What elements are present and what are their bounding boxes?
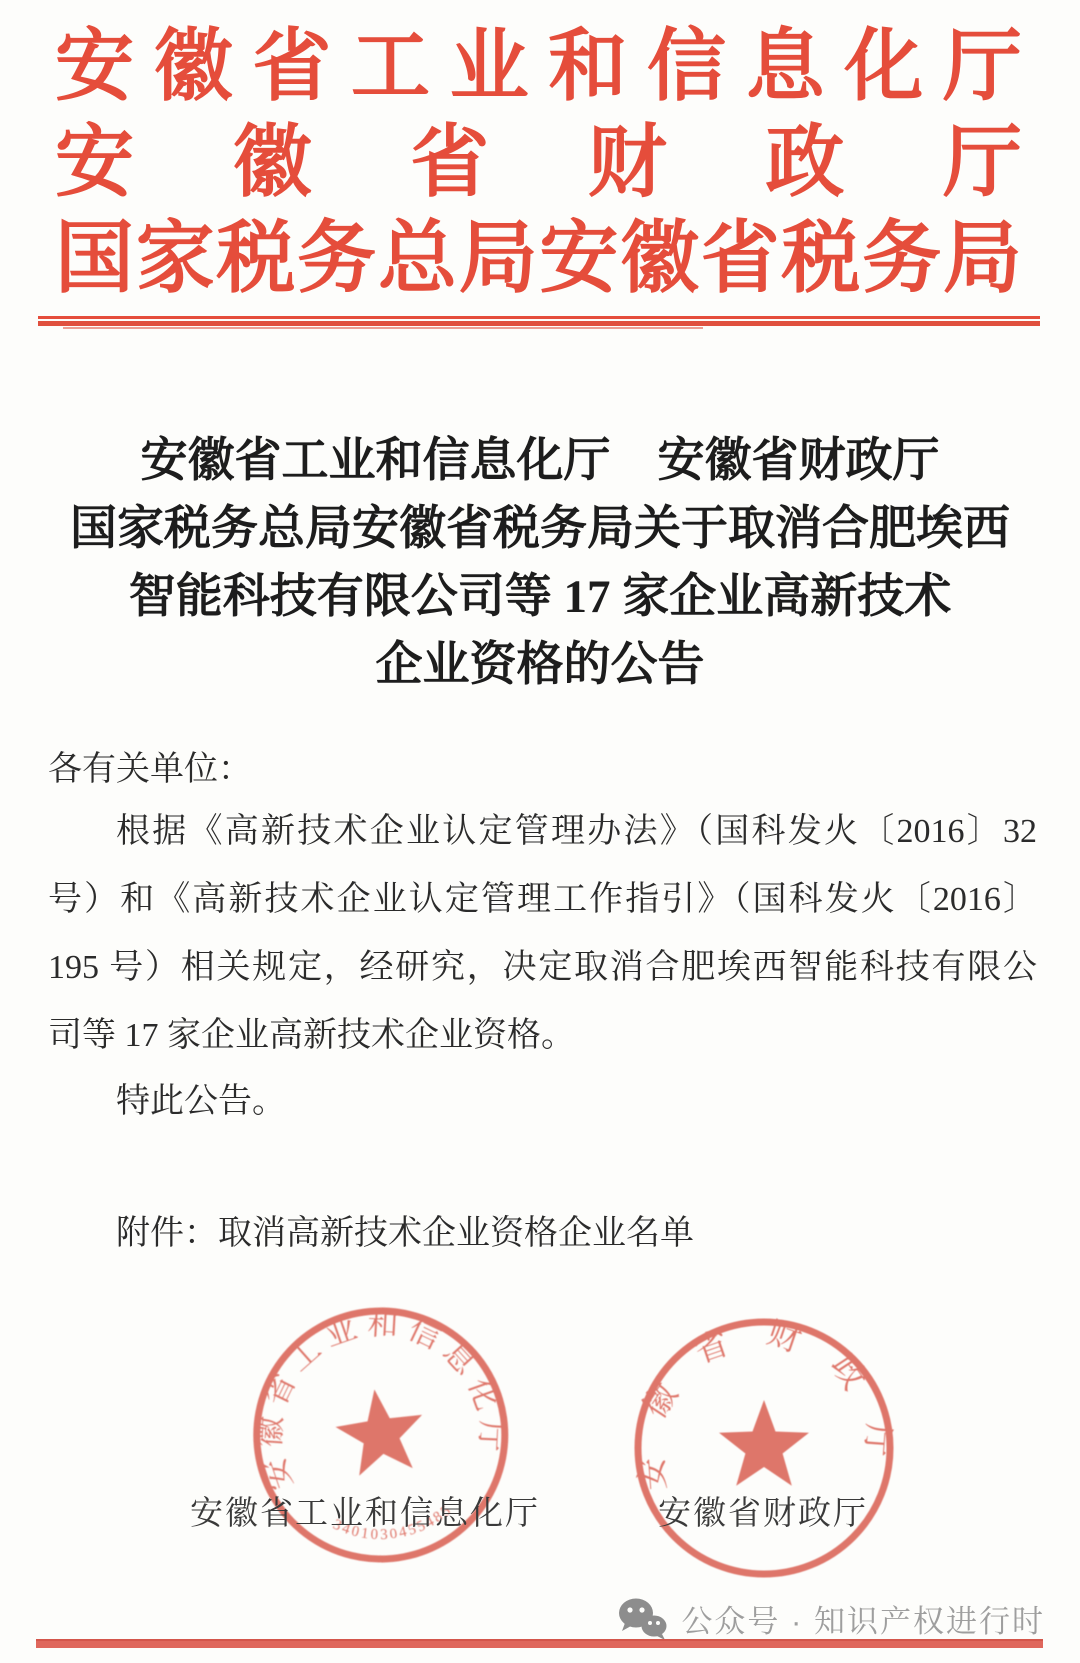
main-paragraph: 根据《高新技术企业认定管理办法》（国科发火〔2016〕32 号）和《高新技术企业…	[48, 798, 1037, 1070]
official-seal-finance-dept: 安徽省财政厅	[628, 1310, 900, 1586]
paragraph-line-2: 号）和《高新技术企业认定管理工作指引》（国科发火〔2016〕	[48, 866, 1037, 934]
attachment-line: 附件：取消高新技术企业资格企业名单	[48, 1200, 1037, 1268]
official-seal-industry-it-dept: 安徽省工业和信息化厅 3401030455485	[229, 1278, 534, 1596]
signature-industry-it-dept: 安徽省工业和信息化厅	[190, 1487, 540, 1534]
letterhead-divider-rule	[38, 316, 1040, 329]
footer-rule	[36, 1639, 1043, 1648]
paragraph-line-3: 195 号）相关规定，经研究，决定取消合肥埃西智能科技有限公	[48, 934, 1037, 1002]
signature-finance-dept: 安徽省财政厅	[658, 1487, 868, 1534]
letterhead: 安徽省工业和信息化厅 安徽省财政厅 国家税务总局安徽省税务局	[55, 20, 1022, 308]
title-line-4: 企业资格的公告	[0, 631, 1080, 699]
paragraph-line-1: 根据《高新技术企业认定管理办法》（国科发火〔2016〕32	[48, 798, 1037, 866]
title-line-1: 安徽省工业和信息化厅 安徽省财政厅	[0, 427, 1080, 495]
salutation: 各有关单位：	[48, 736, 1037, 804]
closing-statement: 特此公告。	[48, 1068, 1037, 1136]
watermark: 公众号 · 知识产权进行时	[617, 1596, 1045, 1641]
title-line-3: 智能科技有限公司等 17 家企业高新技术	[0, 563, 1080, 631]
document-title: 安徽省工业和信息化厅 安徽省财政厅 国家税务总局安徽省税务局关于取消合肥埃西 智…	[0, 427, 1080, 699]
letterhead-line-3: 国家税务总局安徽省税务局	[55, 212, 1022, 308]
letterhead-line-1: 安徽省工业和信息化厅	[55, 20, 1022, 116]
watermark-text: 公众号 · 知识产权进行时	[681, 1596, 1045, 1641]
star-icon	[719, 1400, 809, 1486]
title-line-2: 国家税务总局安徽省税务局关于取消合肥埃西	[0, 495, 1080, 563]
document-page: 安徽省工业和信息化厅 安徽省财政厅 国家税务总局安徽省税务局 安徽省工业和信息化…	[0, 0, 1080, 1663]
star-icon	[331, 1383, 429, 1478]
wechat-icon	[617, 1597, 669, 1641]
letterhead-line-2: 安徽省财政厅	[55, 116, 1022, 212]
paragraph-line-4: 司等 17 家企业高新技术企业资格。	[48, 1002, 1037, 1070]
